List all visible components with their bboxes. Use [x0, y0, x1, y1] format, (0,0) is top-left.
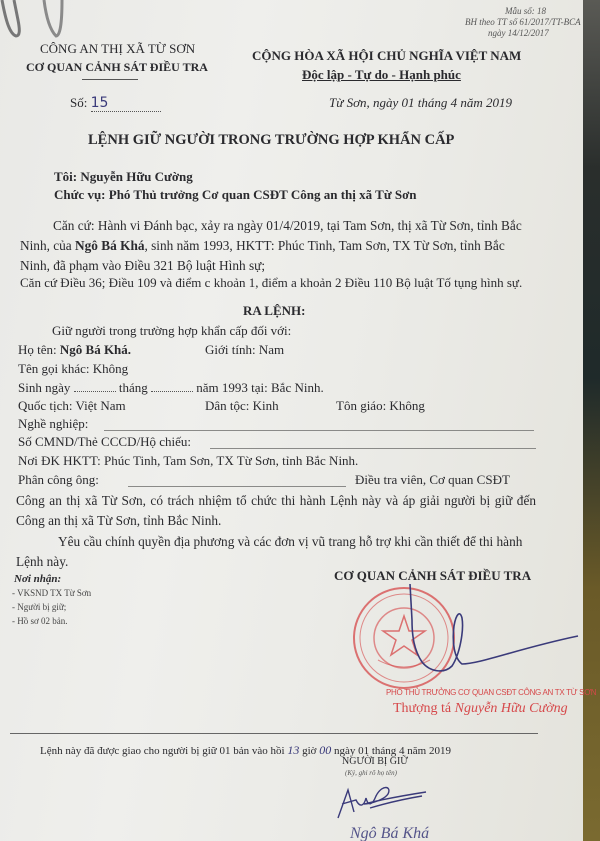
- stamp-title: PHÓ THỦ TRƯỞNG CƠ QUAN CSĐT CÔNG AN TX T…: [386, 688, 596, 697]
- form-code-line2: BH theo TT số 61/2017/TT-BCA: [465, 17, 581, 27]
- legal-basis-2: Căn cứ Điều 36; Điều 109 và điểm c khoản…: [20, 275, 522, 291]
- document-page: Mẫu số: 18 BH theo TT số 61/2017/TT-BCA …: [0, 0, 583, 841]
- detainee-religion: Tôn giáo: Không: [336, 398, 425, 414]
- signer-name: Nguyễn Hữu Cường: [455, 701, 568, 716]
- background-table-edge: [582, 0, 600, 841]
- place-date: Từ Sơn, ngày 01 tháng 4 năm 2019: [329, 95, 512, 111]
- detainee-nationality: Quốc tịch: Việt Nam: [18, 398, 126, 414]
- signer-line: Thượng tá Nguyễn Hữu Cường: [393, 701, 568, 717]
- delivery-hour: 13: [287, 743, 299, 757]
- detainee-signature-note: (Ký, ghi rõ họ tên): [345, 769, 397, 777]
- birth-month-blank: [151, 391, 193, 392]
- issuer-name: Tôi: Nguyễn Hữu Cường: [54, 169, 193, 185]
- national-motto: Độc lập - Tự do - Hạnh phúc: [302, 67, 461, 83]
- recipient-3: - Hồ sơ 02 bản.: [12, 616, 68, 626]
- delivery-divider: [10, 733, 538, 734]
- detainee-ethnicity: Dân tộc: Kinh: [205, 398, 279, 414]
- doc-number-label: Số:: [70, 95, 87, 110]
- birth-day-blank: [74, 391, 116, 392]
- detainee-signature-heading: NGƯỜI BỊ GIỮ: [342, 756, 408, 767]
- detainee-birth: Sinh ngày tháng năm 1993 tại: Bắc Ninh.: [18, 380, 324, 396]
- legal-basis-1: Căn cứ: Hành vi Đánh bạc, xảy ra ngày 01…: [20, 216, 532, 276]
- paper-clip-icon: [0, 0, 80, 40]
- form-code-line1: Mẫu số: 18: [505, 6, 546, 16]
- recipient-2: - Người bị giữ;: [12, 602, 66, 612]
- id-blank: [210, 448, 536, 449]
- issuer-position: Chức vụ: Phó Thủ trưởng Cơ quan CSĐT Côn…: [54, 187, 417, 203]
- form-code-line3: ngày 14/12/2017: [488, 28, 549, 38]
- department-underline: [82, 79, 138, 80]
- delivery-minute: 00: [319, 743, 331, 757]
- nation-name: CỘNG HÒA XÃ HỘI CHỦ NGHĨA VIỆT NAM: [252, 48, 521, 64]
- assignment-label: Phân công ông:: [18, 472, 99, 488]
- detainee-residence: Nơi ĐK HKTT: Phúc Tinh, Tam Sơn, TX Từ S…: [18, 453, 358, 469]
- occupation-blank: [104, 430, 534, 431]
- detainee-id-label: Số CMND/Thẻ CCCD/Hộ chiếu:: [18, 434, 191, 450]
- assignment-role: Điều tra viên, Cơ quan CSĐT: [355, 472, 510, 488]
- signer-rank: Thượng tá: [393, 701, 455, 716]
- detainee-occupation-label: Nghề nghiệp:: [18, 416, 88, 432]
- document-title: LỆNH GIỮ NGƯỜI TRONG TRƯỜNG HỢP KHẨN CẤP: [88, 132, 454, 149]
- detainee-gender: Giới tính: Nam: [205, 342, 284, 358]
- recipients-label: Nơi nhận:: [14, 573, 61, 585]
- order-heading: RA LỆNH:: [243, 303, 305, 319]
- agency-name: CÔNG AN THỊ XÃ TỪ SƠN: [40, 41, 195, 57]
- suspect-name: Ngô Bá Khá: [75, 238, 144, 253]
- department-name: CƠ QUAN CẢNH SÁT ĐIỀU TRA: [26, 60, 208, 75]
- doc-number-value: 15: [91, 95, 161, 112]
- detainee-handwritten-name: Ngô Bá Khá: [350, 825, 429, 841]
- detainee-name: Họ tên: Ngô Bá Khá.: [18, 342, 131, 358]
- support-request: Yêu cầu chính quyền địa phương và các đơ…: [16, 532, 536, 572]
- order-intro: Giữ người trong trường hợp khẩn cấp đối …: [52, 323, 291, 339]
- signature-icon: [400, 580, 580, 680]
- assignee-blank: [128, 486, 346, 487]
- detainee-alias: Tên gọi khác: Không: [18, 361, 128, 377]
- doc-number: Số: 15: [70, 95, 161, 112]
- recipient-1: - VKSND TX Từ Sơn: [12, 588, 91, 598]
- detainee-signature-icon: [330, 782, 430, 822]
- assignment-text: Công an thị xã Từ Sơn, có trách nhiệm tổ…: [16, 491, 536, 531]
